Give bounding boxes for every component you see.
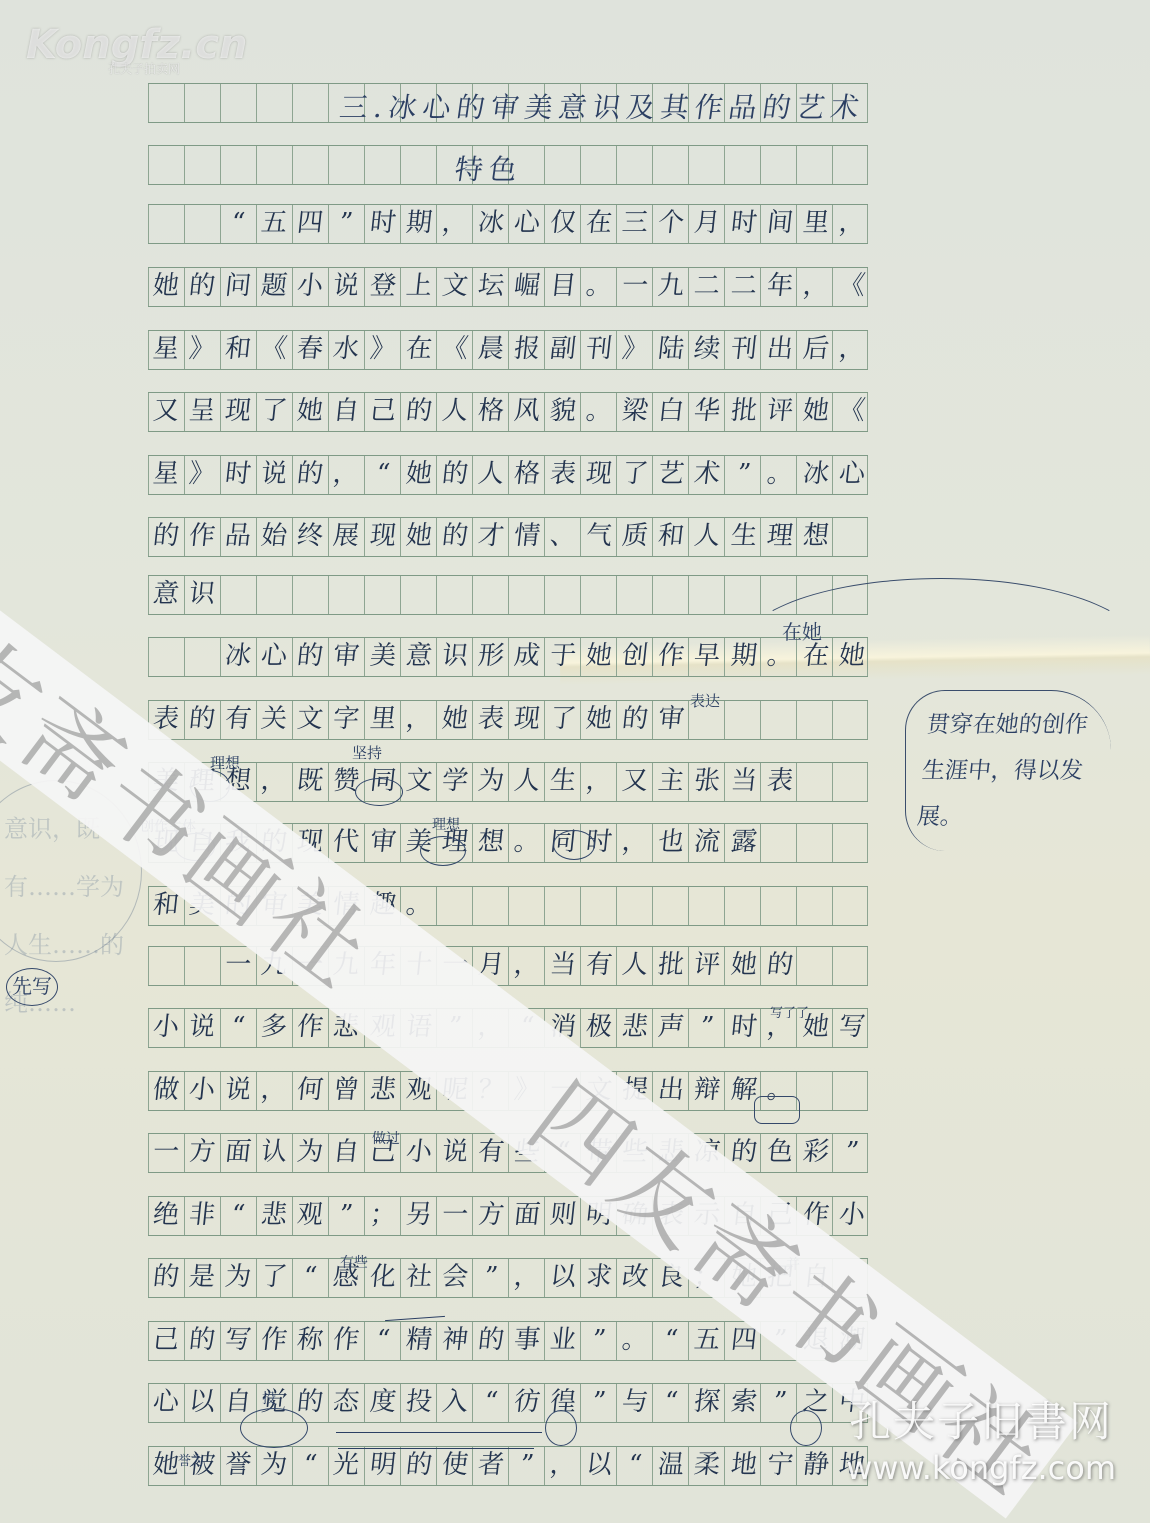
handwritten-char: 小 (146, 1008, 186, 1046)
handwritten-char: 声 (651, 1008, 691, 1046)
grid-cell (616, 146, 652, 184)
handwritten-char: 报 (507, 330, 547, 368)
handwritten-char: 心 (507, 204, 547, 242)
handwritten-char: 星 (146, 330, 186, 368)
handwritten-char: 、 (543, 517, 583, 555)
handwritten-char: ， (796, 267, 836, 305)
handwritten-char: “ (471, 1383, 511, 1421)
kongfz-logo-watermark: Kongfz.cn 孔夫子拍卖网 (26, 22, 247, 77)
handwritten-char: 表 (760, 762, 800, 800)
watermark-url: www.kongfz.com (846, 1449, 1116, 1487)
handwritten-char: 登 (363, 267, 403, 305)
grid-cell (688, 146, 724, 184)
manuscript-line: 表的有关文字里，她表现了她的审 (148, 700, 870, 738)
handwritten-char: 誉 (218, 1446, 258, 1484)
handwritten-char: 多 (254, 1008, 294, 1046)
handwritten-char: 另 (399, 1196, 439, 1234)
handwritten-char: 认 (254, 1133, 294, 1171)
watermark-cn: 孔夫子旧書网 (846, 1389, 1116, 1449)
handwritten-char: 》 (363, 330, 403, 368)
manuscript-line: 意识 (148, 575, 870, 613)
handwritten-char: 有 (218, 700, 258, 738)
handwritten-char: 做 (146, 1071, 186, 1109)
handwritten-char: 心 (832, 455, 872, 493)
handwritten-char: 化 (363, 1258, 403, 1296)
correction-circle (545, 1410, 577, 1446)
handwritten-char: 了 (254, 392, 294, 430)
handwritten-char: 批 (724, 392, 764, 430)
handwritten-char: ， (832, 330, 872, 368)
handwritten-char: 白 (651, 392, 691, 430)
insert-note-1: 在她 (782, 616, 822, 645)
handwritten-char: 何 (290, 1071, 330, 1109)
left-circled-note: 先写 (12, 970, 52, 999)
handwritten-char: 识 (435, 637, 475, 675)
section-title-line1: 三.冰心的审美意识及其作品的艺术 (337, 86, 868, 126)
handwritten-char: 为 (218, 1258, 258, 1296)
insert-note-4: 坚持 (352, 742, 382, 763)
handwritten-char: ” (326, 1196, 366, 1234)
handwritten-char: 早 (687, 637, 727, 675)
handwritten-char: 题 (254, 267, 294, 305)
handwritten-char: 的 (399, 392, 439, 430)
handwritten-char: 宁 (760, 1446, 800, 1484)
handwritten-char: 《 (832, 267, 872, 305)
handwritten-char: 表 (471, 700, 511, 738)
handwritten-char: 气 (579, 517, 619, 555)
grid-cell (184, 84, 220, 122)
handwritten-char: 温 (651, 1446, 691, 1484)
handwritten-char: 问 (218, 267, 258, 305)
handwritten-char: 时 (724, 204, 764, 242)
handwritten-char: 一 (146, 1133, 186, 1171)
handwritten-char: “ (363, 1321, 403, 1359)
handwritten-char: 面 (218, 1133, 258, 1171)
handwritten-char: 形 (471, 637, 511, 675)
handwritten-char: 情 (507, 517, 547, 555)
handwritten-char: 年 (760, 267, 800, 305)
handwritten-char: 地 (724, 1446, 764, 1484)
handwritten-char: 小 (290, 267, 330, 305)
handwritten-char: 作 (182, 517, 222, 555)
handwritten-char: 的 (435, 517, 475, 555)
handwritten-char: 社 (399, 1258, 439, 1296)
handwritten-char: “ (218, 204, 258, 242)
handwritten-char: 。 (760, 455, 800, 493)
handwritten-char: 现 (218, 392, 258, 430)
handwritten-char: 的 (435, 455, 475, 493)
handwritten-char: 批 (651, 946, 691, 984)
handwritten-char: 续 (687, 330, 727, 368)
handwritten-char: 与 (615, 1383, 655, 1421)
insert-note-7: 写了了 (770, 1002, 809, 1021)
grid-cell (580, 146, 616, 184)
handwritten-char: ” (832, 1133, 872, 1171)
handwritten-char: 以 (543, 1258, 583, 1296)
section-title-line2: 特色 (452, 148, 526, 188)
handwritten-char: “ (290, 1446, 330, 1484)
handwritten-char: 时 (363, 204, 403, 242)
handwritten-char: 己 (146, 1321, 186, 1359)
handwritten-char: 非 (182, 1196, 222, 1234)
handwritten-char: 审 (363, 823, 403, 861)
handwritten-char: 心 (254, 637, 294, 675)
handwritten-char: 又 (615, 762, 655, 800)
handwritten-char: 静 (796, 1446, 836, 1484)
handwritten-char: 评 (687, 946, 727, 984)
handwritten-char: 人 (687, 517, 727, 555)
handwritten-char: 明 (363, 1446, 403, 1484)
correction-circle (240, 1408, 308, 1448)
handwritten-char: 使 (435, 1446, 475, 1484)
handwritten-char: ， (399, 700, 439, 738)
handwritten-char: 态 (326, 1383, 366, 1421)
handwritten-char: 了 (615, 455, 655, 493)
handwritten-char: 极 (579, 1008, 619, 1046)
grid-cell (220, 84, 256, 122)
handwritten-char: 的 (399, 1446, 439, 1484)
grid-cell (220, 146, 256, 184)
handwritten-char: 四 (290, 204, 330, 242)
correction-circle (553, 830, 595, 860)
handwritten-char: 自 (326, 392, 366, 430)
handwritten-char: 后 (796, 330, 836, 368)
handwritten-char: 柔 (687, 1446, 727, 1484)
handwritten-char: 的 (182, 1321, 222, 1359)
handwritten-char: 三 (615, 204, 655, 242)
correction-circle (420, 836, 466, 866)
handwritten-char: 审 (326, 637, 366, 675)
handwritten-char: 质 (615, 517, 655, 555)
handwritten-char: 目 (543, 267, 583, 305)
handwritten-char: 神 (435, 1321, 475, 1359)
handwritten-char: ” (507, 1446, 547, 1484)
handwritten-char: 悲 (254, 1196, 294, 1234)
handwritten-char: 格 (471, 392, 511, 430)
handwritten-char: 人 (615, 946, 655, 984)
handwritten-char: 主 (651, 762, 691, 800)
handwritten-char: 了 (543, 700, 583, 738)
handwritten-char: 己 (363, 392, 403, 430)
handwritten-char: 意 (146, 575, 186, 613)
insert-note-9: 有些 (340, 1252, 368, 1272)
handwritten-char: ， (507, 1258, 547, 1296)
correction-box (754, 1096, 800, 1124)
handwritten-char: ， (579, 762, 619, 800)
handwritten-char: 投 (399, 1383, 439, 1421)
handwritten-char: 审 (651, 700, 691, 738)
handwritten-char: 梁 (615, 392, 655, 430)
handwritten-char: 文 (290, 700, 330, 738)
handwritten-char: 以 (579, 1446, 619, 1484)
manuscript-line: “五四”时期，冰心仅在三个月时间里， (148, 204, 870, 242)
handwritten-char: 。 (507, 823, 547, 861)
handwritten-char: ” (724, 455, 764, 493)
handwritten-char: 人 (471, 455, 511, 493)
handwritten-char: 事 (507, 1321, 547, 1359)
handwritten-char: 方 (182, 1133, 222, 1171)
handwritten-char: ， (435, 204, 475, 242)
handwritten-char: 说 (182, 1008, 222, 1046)
handwritten-char: 索 (724, 1383, 764, 1421)
handwritten-char: 业 (543, 1321, 583, 1359)
grid-cell (256, 146, 292, 184)
handwritten-char: 的 (615, 700, 655, 738)
manuscript-page: Kongfz.cn 孔夫子拍卖网 三.冰心的审美意识及其作品的艺术 特色 “五四… (0, 0, 1150, 1523)
manuscript-line: 的作品始终展现她的才情、气质和人生理想 (148, 517, 870, 555)
handwritten-char: 坛 (471, 267, 511, 305)
handwritten-char (146, 946, 186, 984)
insert-note-8: 做过 (372, 1128, 400, 1148)
correction-circle (790, 1410, 822, 1446)
handwritten-char: 终 (290, 517, 330, 555)
handwritten-char: 她 (579, 637, 619, 675)
handwritten-char: 张 (687, 762, 727, 800)
grid-cell (832, 146, 868, 184)
handwritten-char: 展 (326, 517, 366, 555)
handwritten-char: 人 (507, 762, 547, 800)
handwritten-char: 她 (796, 392, 836, 430)
handwritten-char: 作 (290, 1008, 330, 1046)
handwritten-char: 呈 (182, 392, 222, 430)
handwritten-char: 创 (615, 637, 655, 675)
handwritten-char: 探 (687, 1383, 727, 1421)
handwritten-char: 和 (218, 330, 258, 368)
handwritten-char: 为 (290, 1133, 330, 1171)
handwritten-char: 小 (182, 1071, 222, 1109)
handwritten-char: 求 (579, 1258, 619, 1296)
handwritten-char: 二 (687, 267, 727, 305)
handwritten-char: 曾 (326, 1071, 366, 1109)
handwritten-char: 方 (471, 1196, 511, 1234)
handwritten-char: “ (651, 1321, 691, 1359)
handwritten-char: 称 (290, 1321, 330, 1359)
handwritten-char: 理 (760, 517, 800, 555)
handwritten-char: 时 (218, 455, 258, 493)
handwritten-char: 为 (254, 1446, 294, 1484)
handwritten-char: 作 (326, 1321, 366, 1359)
handwritten-char: 悲 (363, 1071, 403, 1109)
handwritten-char: 自 (326, 1133, 366, 1171)
handwritten-char: 成 (507, 637, 547, 675)
insert-note-6: 理想 (432, 814, 460, 834)
handwritten-char: 小 (832, 1196, 872, 1234)
handwritten-char: 作 (254, 1321, 294, 1359)
handwritten-char: ” (579, 1321, 619, 1359)
handwritten-char: 陆 (651, 330, 691, 368)
handwritten-char: 学 (435, 762, 475, 800)
handwritten-char: 一 (435, 1196, 475, 1234)
handwritten-char: 月 (687, 204, 727, 242)
insertion-curve (740, 578, 1142, 720)
grid-cell (292, 146, 328, 184)
handwritten-char: ， (326, 455, 366, 493)
handwritten-char: 风 (507, 392, 547, 430)
handwritten-char: 在 (399, 330, 439, 368)
handwritten-char: 生 (724, 517, 764, 555)
handwritten-char: 崛 (507, 267, 547, 305)
manuscript-line: 星》和《春水》在《晨报副刊》陆续刊出后， (148, 330, 870, 368)
handwritten-char: 晨 (471, 330, 511, 368)
handwritten-char: 水 (326, 330, 366, 368)
handwritten-char: 色 (760, 1133, 800, 1171)
handwritten-char: 表 (543, 455, 583, 493)
handwritten-char: ， (507, 946, 547, 984)
handwritten-char: 华 (687, 392, 727, 430)
handwritten-char: 现 (579, 455, 619, 493)
insert-note-2: 表达 (690, 690, 720, 711)
grid-cell (724, 146, 760, 184)
handwritten-char: 格 (507, 455, 547, 493)
handwritten-char: 五 (687, 1321, 727, 1359)
handwritten-char: 副 (543, 330, 583, 368)
handwritten-char: 入 (435, 1383, 475, 1421)
handwritten-char: 观 (290, 1196, 330, 1234)
handwritten-char: ” (579, 1383, 619, 1421)
manuscript-line: 又呈现了她自己的人格风貌。梁白华批评她《 (148, 392, 870, 430)
strike-through-line (336, 1432, 542, 1433)
handwritten-char: 始 (254, 517, 294, 555)
handwritten-char: “ (363, 455, 403, 493)
handwritten-char: 人 (435, 392, 475, 430)
handwritten-char: 光 (326, 1446, 366, 1484)
handwritten-char: 现 (363, 517, 403, 555)
handwritten-char (182, 204, 222, 242)
handwritten-char: 露 (724, 823, 764, 861)
handwritten-char: ， (832, 204, 872, 242)
handwritten-char: 生 (543, 762, 583, 800)
handwritten-char: 心 (146, 1383, 186, 1421)
handwritten-char: 说 (254, 455, 294, 493)
grid-cell (184, 146, 220, 184)
handwritten-char: 评 (760, 392, 800, 430)
handwritten-char: 冰 (796, 455, 836, 493)
grid-cell (400, 146, 436, 184)
grid-cell (148, 146, 184, 184)
handwritten-char: 仅 (543, 204, 583, 242)
handwritten-char: “ (651, 1383, 691, 1421)
handwritten-char: 彷 (507, 1383, 547, 1421)
handwritten-char: 她 (435, 700, 475, 738)
handwritten-char: ， (543, 1446, 583, 1484)
handwritten-char: 时 (724, 1008, 764, 1046)
handwritten-char: “ (218, 1196, 258, 1234)
handwritten-char: 。 (579, 392, 619, 430)
handwritten-char: 貌 (543, 392, 583, 430)
handwritten-char: 精 (399, 1321, 439, 1359)
insert-note-11: 投 (262, 1388, 276, 1408)
handwritten-char: 辩 (687, 1071, 727, 1109)
handwritten-char: 二 (724, 267, 764, 305)
handwritten-char: ” (687, 1008, 727, 1046)
handwritten-char: 的 (146, 517, 186, 555)
handwritten-char: 者 (471, 1446, 511, 1484)
handwritten-char: 有 (579, 946, 619, 984)
underline (338, 1448, 534, 1449)
handwritten-char: 为 (471, 762, 511, 800)
handwritten-char: “ (615, 1446, 655, 1484)
right-margin-note: 贯穿在她的创作生涯中，得以发展。 (915, 702, 1100, 840)
handwritten-char: 在 (579, 204, 619, 242)
handwritten-char: 文 (435, 267, 475, 305)
grid-cell (328, 146, 364, 184)
handwritten-char (146, 204, 186, 242)
grid-cell (652, 146, 688, 184)
handwritten-char: 想 (796, 517, 836, 555)
handwritten-char: ； (363, 1196, 403, 1234)
handwritten-char: 当 (543, 946, 583, 984)
handwritten-char: 里 (363, 700, 403, 738)
handwritten-char: 小 (399, 1133, 439, 1171)
handwritten-char: 文 (399, 762, 439, 800)
handwritten-char: 说 (435, 1133, 475, 1171)
handwritten-char: 她 (399, 455, 439, 493)
handwritten-char: 写 (832, 1008, 872, 1046)
handwritten-char: 《 (832, 392, 872, 430)
handwritten-char (146, 637, 186, 675)
grid-cell (796, 146, 832, 184)
handwritten-char: 她 (579, 700, 619, 738)
handwritten-char: 改 (615, 1258, 655, 1296)
grid-cell (292, 84, 328, 122)
handwritten-char: 字 (326, 700, 366, 738)
manuscript-line: 星》时说的，“她的人格表现了艺术”。冰心 (148, 455, 870, 493)
handwritten-char: 的 (290, 637, 330, 675)
handwritten-char: 。 (579, 267, 619, 305)
handwritten-char: 间 (760, 204, 800, 242)
handwritten-char: 说 (326, 267, 366, 305)
handwritten-char: 。 (615, 1321, 655, 1359)
handwritten-char: ” (471, 1258, 511, 1296)
handwritten-char: 作 (651, 637, 691, 675)
manuscript-line: 她的问题小说登上文坛崛目。一九二二年，《 (148, 267, 870, 305)
handwritten-char: 于 (543, 637, 583, 675)
handwritten-char: 》 (182, 455, 222, 493)
handwritten-char: 术 (687, 455, 727, 493)
handwritten-char: 现 (507, 700, 547, 738)
handwritten-char: 也 (651, 823, 691, 861)
handwritten-char: 的 (760, 946, 800, 984)
handwritten-char: 会 (435, 1258, 475, 1296)
handwritten-char: ， (254, 1071, 294, 1109)
handwritten-char: 当 (724, 762, 764, 800)
handwritten-char: 悲 (615, 1008, 655, 1046)
handwritten-char: 意 (399, 637, 439, 675)
handwritten-char: “ (218, 1008, 258, 1046)
grid-cell (256, 84, 292, 122)
handwritten-char: 她 (399, 517, 439, 555)
handwritten-char: 是 (182, 1258, 222, 1296)
handwritten-char: 期 (399, 204, 439, 242)
handwritten-char: 的 (182, 700, 222, 738)
handwritten-char: ” (326, 204, 366, 242)
handwritten-char: 流 (687, 823, 727, 861)
handwritten-char: 个 (651, 204, 691, 242)
insert-note-12: 誉为 (178, 1450, 204, 1469)
handwritten-char: 既 (290, 762, 330, 800)
handwritten-char: 《 (435, 330, 475, 368)
handwritten-char: 了 (254, 1258, 294, 1296)
handwritten-char: ， (254, 762, 294, 800)
handwritten-char: 刊 (579, 330, 619, 368)
manuscript-line: 她被誉为“光明的使者”，以“温柔地宁静地 (148, 1446, 870, 1484)
handwritten-char (182, 946, 222, 984)
handwritten-char: 度 (363, 1383, 403, 1421)
handwritten-char: 的 (182, 267, 222, 305)
handwritten-char: 刊 (724, 330, 764, 368)
kongfz-bottom-watermark: 孔夫子旧書网 www.kongfz.com (846, 1389, 1116, 1487)
grid-cell (148, 84, 184, 122)
